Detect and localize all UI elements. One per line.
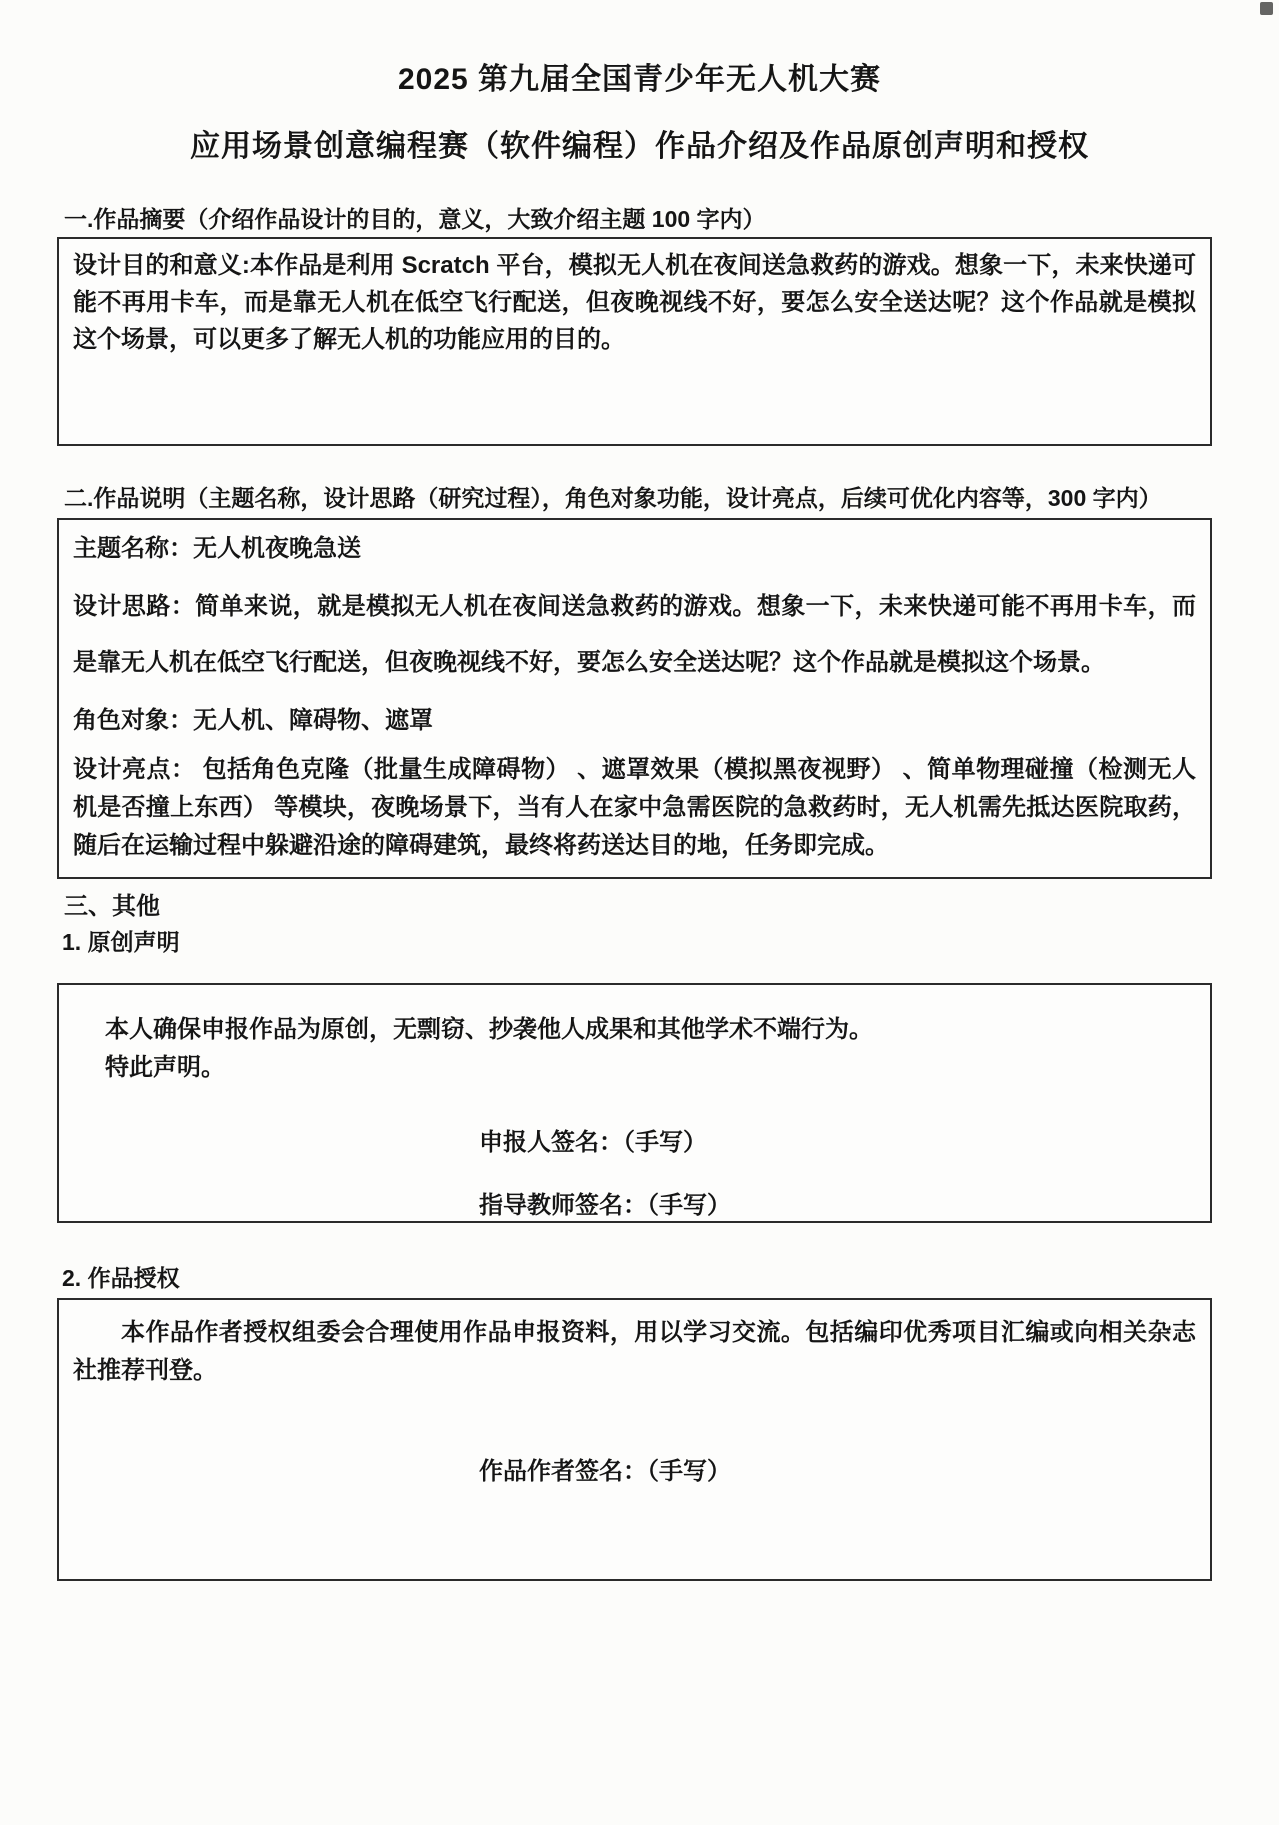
design-highlights-text: 设计亮点： 包括角色克隆（批量生成障碍物） 、遮罩效果（模拟黑夜视野） 、简单物… — [73, 751, 1196, 865]
authorization-text: 本作品作者授权组委会合理使用作品申报资料，用以学习交流。包括编印优秀项目汇编或向… — [73, 1314, 1196, 1390]
authorization-box: 本作品作者授权组委会合理使用作品申报资料，用以学习交流。包括编印优秀项目汇编或向… — [57, 1298, 1212, 1581]
originality-subheading: 1. 原创声明 — [62, 927, 1279, 957]
role-objects-text: 角色对象：无人机、障碍物、遮罩 — [73, 702, 1196, 740]
document-title-line1: 2025 第九届全国青少年无人机大赛 — [0, 62, 1279, 98]
originality-declaration-box: 本人确保申报作品为原创，无剽窃、抄袭他人成果和其他学术不端行为。 特此声明。 申… — [57, 983, 1212, 1223]
document-title-line2: 应用场景创意编程赛（软件编程）作品介绍及作品原创声明和授权 — [0, 129, 1279, 165]
document-page: 2025 第九届全国青少年无人机大赛 应用场景创意编程赛（软件编程）作品介绍及作… — [0, 0, 1279, 1825]
scan-corner-artifact — [1260, 2, 1273, 15]
teacher-signature-line: 指导教师签名：（手写） — [479, 1187, 1196, 1223]
section2-description-box: 主题名称：无人机夜晚急送 设计思路：简单来说，就是模拟无人机在夜间送急救药的游戏… — [57, 518, 1212, 879]
authorization-subheading: 2. 作品授权 — [62, 1263, 1279, 1293]
declaration-line2: 特此声明。 — [105, 1049, 1196, 1087]
section2-heading: 二.作品说明（主题名称，设计思路（研究过程），角色对象功能，设计亮点，后续可优化… — [64, 482, 1279, 514]
abstract-text: 设计目的和意义:本作品是利用 Scratch 平台，模拟无人机在夜间送急救药的游… — [73, 247, 1196, 358]
declaration-line1: 本人确保申报作品为原创，无剽窃、抄袭他人成果和其他学术不端行为。 — [105, 1011, 1196, 1049]
applicant-signature-line: 申报人签名：（手写） — [479, 1124, 1196, 1162]
section1-abstract-box: 设计目的和意义:本作品是利用 Scratch 平台，模拟无人机在夜间送急救药的游… — [57, 237, 1212, 446]
author-signature-line: 作品作者签名：（手写） — [479, 1453, 1196, 1491]
section1-heading: 一.作品摘要（介绍作品设计的目的，意义，大致介绍主题 100 字内） — [64, 203, 1279, 235]
section3-heading: 三、其他 — [64, 891, 1279, 923]
theme-name-text: 主题名称：无人机夜晚急送 — [73, 530, 1196, 568]
design-idea-text: 设计思路：简单来说，就是模拟无人机在夜间送急救药的游戏。想象一下，未来快递可能不… — [73, 579, 1196, 691]
